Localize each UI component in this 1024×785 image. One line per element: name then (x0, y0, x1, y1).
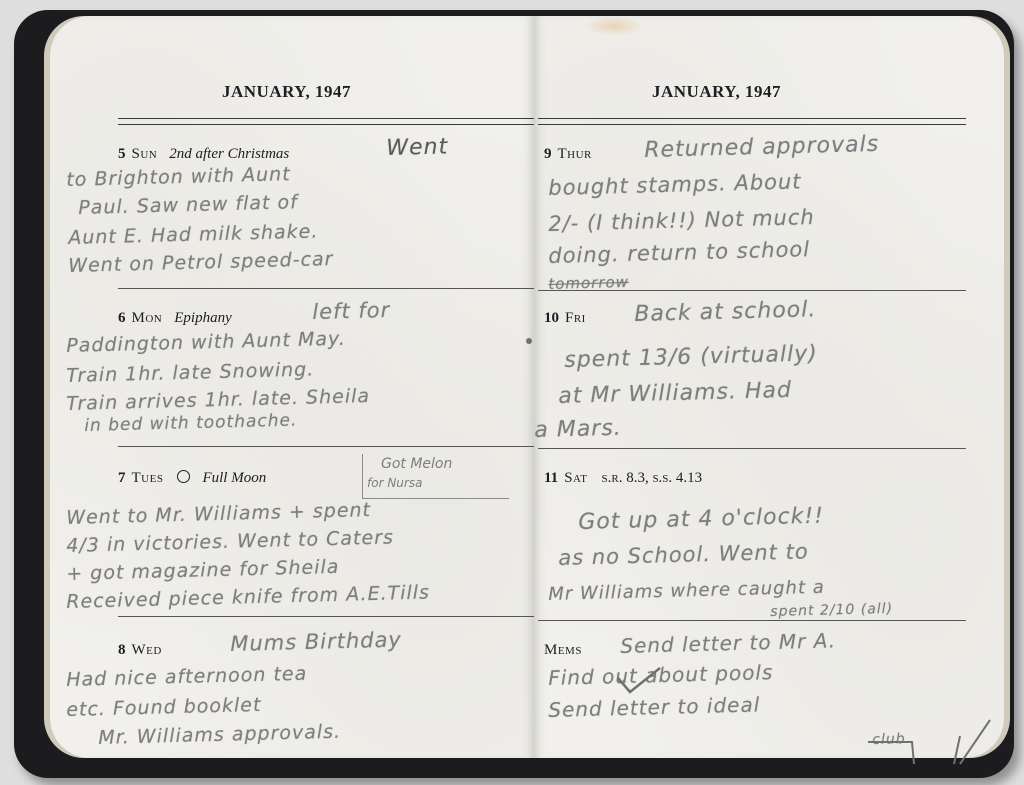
handwriting-line: Paul. Saw new flat of (78, 190, 298, 221)
handwriting-line: 2/- (I think!!) Not much (548, 205, 815, 237)
handwriting-line: left for (312, 298, 391, 325)
handwriting-line: spent 13/6 (virtually) (564, 341, 818, 373)
day-divider (118, 446, 534, 447)
left-page-title: JANUARY, 1947 (222, 82, 351, 102)
day-number: 6 (118, 310, 126, 326)
mems-label: Mems (544, 642, 582, 658)
checkmark-icon (614, 666, 664, 696)
day-name: Thur (558, 146, 592, 162)
header-double-rule (538, 118, 966, 125)
boxed-note: Got Melon for Nursa (362, 454, 509, 499)
spine-stitch (526, 338, 532, 344)
handwriting-line: Train 1hr. late Snowing. (66, 358, 315, 389)
day-heading-6-mon: 6MonEpiphany (118, 310, 232, 327)
handwriting-line: Got up at 4 o'clock!! (578, 504, 824, 535)
handwriting-line: in bed with toothache. (84, 408, 298, 439)
full-moon-circle-icon (177, 470, 190, 483)
day-name: Tues (132, 470, 164, 486)
day-note: 2nd after Christmas (169, 146, 289, 162)
day-heading-8-wed: 8Wed (118, 642, 162, 659)
handwriting-line: to Brighton with Aunt (66, 162, 291, 193)
day-heading-9-thur: 9Thur (544, 146, 592, 163)
handwriting-line: + got magazine for Sheila (66, 555, 340, 587)
handwriting-line: Returned approvals (644, 132, 879, 163)
handwriting-line: Went to Mr. Williams + spent (66, 498, 371, 531)
day-number: 10 (544, 310, 559, 326)
day-number: 9 (544, 146, 552, 162)
handwriting-line: Mums Birthday (230, 628, 402, 657)
right-page: JANUARY, 1947 9Thur Returned approvals b… (534, 16, 1010, 758)
right-page-title: JANUARY, 1947 (652, 82, 781, 102)
handwriting-line: Had nice afternoon tea (66, 662, 308, 693)
handwriting-line: at Mr Williams. Had (558, 378, 792, 409)
handwriting-line: Went on Petrol speed-car (68, 247, 334, 279)
day-name: Sun (132, 146, 158, 162)
day-name: Wed (132, 642, 162, 658)
boxed-note-line: Got Melon (367, 454, 505, 474)
day-name: Sat (564, 470, 587, 486)
day-number: 7 (118, 470, 126, 486)
left-page: JANUARY, 1947 5Sun2nd after Christmas We… (44, 16, 534, 758)
handwriting-line: Send letter to ideal (548, 692, 761, 723)
day-heading-11-sat: 11Sats.r. 8.3, s.s. 4.13 (544, 470, 702, 487)
handwriting-line: Went (386, 134, 448, 161)
day-number: 8 (118, 642, 126, 658)
paper-stain (584, 16, 644, 36)
mems-heading: Mems (544, 642, 582, 659)
handwriting-line: Paddington with Aunt May. (66, 327, 346, 359)
day-divider (538, 290, 966, 291)
day-note: Full Moon (202, 470, 266, 486)
day-name: Mon (132, 310, 163, 326)
handwriting-line-struck: tomorrow (548, 270, 629, 297)
handwriting-line: Received piece knife from A.E.Tills (66, 580, 430, 615)
boxed-note-line: for Nursa (367, 474, 505, 492)
day-heading-7-tues: 7TuesFull Moon (118, 470, 266, 487)
handwriting-line: as no School. Went to (558, 539, 809, 571)
day-number: 11 (544, 470, 558, 486)
day-divider (118, 288, 534, 289)
handwriting-line: Aunt E. Had milk shake. (68, 219, 319, 251)
day-divider (118, 616, 534, 617)
handwriting-line: Back at school. (634, 297, 817, 327)
handwriting-line: a Mars. (534, 416, 622, 443)
day-heading-10-fri: 10Fri (544, 310, 586, 327)
day-divider (538, 448, 966, 449)
day-number: 5 (118, 146, 126, 162)
handwriting-line: doing. return to school (548, 237, 810, 269)
handwriting-line: bought stamps. About (548, 169, 802, 201)
header-double-rule (118, 118, 534, 125)
diary-spread: JANUARY, 1947 5Sun2nd after Christmas We… (26, 16, 1006, 768)
sunrise-sunset-times: s.r. 8.3, s.s. 4.13 (601, 470, 702, 486)
handwriting-line: Mr. Williams approvals. (98, 720, 341, 751)
handwriting-line: etc. Found booklet (66, 693, 262, 723)
day-name: Fri (565, 310, 586, 326)
day-heading-5-sun: 5Sun2nd after Christmas (118, 146, 289, 163)
checkmark-icon (854, 706, 994, 766)
day-note: Epiphany (174, 310, 232, 326)
handwriting-line: Send letter to Mr A. (620, 628, 836, 659)
day-divider (538, 620, 966, 621)
handwriting-line: 4/3 in victories. Went to Caters (66, 525, 394, 559)
